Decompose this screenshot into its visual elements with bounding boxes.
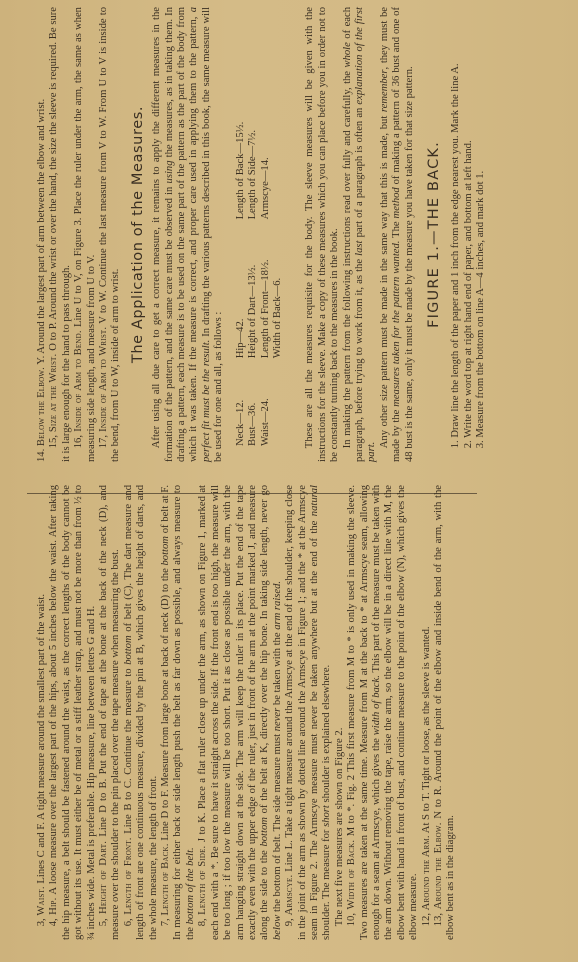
measure-value: Bust—36. [247, 398, 259, 446]
section-heading-application: The Application of the Measures. [132, 7, 144, 462]
measure-16: 16, Inside of Arm to Bend. Line U to V, … [73, 7, 98, 462]
measure-value: Hip—42. [235, 259, 247, 358]
measures-column-3: Length of Back—15½. Length of Side—7½. A… [235, 122, 285, 220]
measure-around-arm: 12, Around the Arm. At S to T. Tight or … [421, 485, 433, 940]
figure-step-3: 3. Measure from the bottom on line A—4 i… [475, 7, 487, 462]
measure-value: Length of Front—18½. [260, 259, 272, 358]
closing-paragraph-3: Any other size pattern must be made in t… [379, 7, 416, 462]
measures-table: Neck—12. Bust—36. Waist—24. Hip—42. Heig… [235, 7, 285, 446]
measure-value: Width of Back—6. [272, 259, 284, 358]
measure-value: Height of Dart—13½. [247, 259, 259, 358]
measure-width-back: 10, Width of Back. M to *. Fig. 2 This f… [346, 485, 420, 940]
measure-around-elbow: 13, Around the Elbow. N to R. Around the… [433, 485, 458, 940]
measure-armscye: 9, Armscye. Line L. Take a tight measure… [284, 485, 334, 940]
measure-back: 7, Length of Back. Line D to F. Measure … [160, 485, 197, 940]
measure-15: 15, Size at the Wrist. O to P. Around th… [48, 7, 73, 462]
measure-value: Armscye—14. [260, 122, 272, 220]
measure-front: 6, Length of Front. Line B to C. Continu… [123, 485, 160, 940]
next-five-note: The next five measures are shown on Figu… [334, 485, 346, 940]
measure-value: Waist—24. [260, 398, 272, 446]
measure-value: Length of Side—7½. [247, 122, 259, 220]
closing-paragraph-1: These are all the measures requisite for… [304, 7, 341, 462]
figure-step-2: 2. Write the word top at right hand end … [463, 7, 475, 462]
measure-14: 14. Below the Elbow. Y. Around the large… [36, 7, 48, 462]
upper-page-half: 14. Below the Elbow. Y. Around the large… [36, 7, 488, 462]
figure-heading: FIGURE 1.—THE BACK. [428, 7, 440, 462]
closing-paragraph-2: In making the pattern from the following… [342, 7, 379, 462]
lower-page-half: 3, Waist. Lines C and F. A tight measure… [36, 485, 458, 940]
measures-column-2: Hip—42. Height of Dart—13½. Length of Fr… [235, 259, 285, 358]
measure-value: Length of Back—15½. [235, 122, 247, 220]
measure-value: Neck—12. [235, 398, 247, 446]
figure-step-1: 1. Draw line the length of the paper and… [450, 7, 462, 462]
measures-column-1: Neck—12. Bust—36. Waist—24. [235, 398, 285, 446]
measure-side: 8, Length of Side. J to K. Place a flat … [197, 485, 284, 940]
measure-waist: 3, Waist. Lines C and F. A tight measure… [36, 485, 48, 940]
application-paragraph: After using all due care to get a correc… [151, 7, 225, 462]
measure-dart: 5, Height of Dart. Line D to B. Put the … [98, 485, 123, 940]
measure-17: 17, Inside of Arm to Wrist. V to W. Cont… [98, 7, 123, 462]
measure-hip: 4, Hip. A loose measure over the largest… [48, 485, 98, 940]
